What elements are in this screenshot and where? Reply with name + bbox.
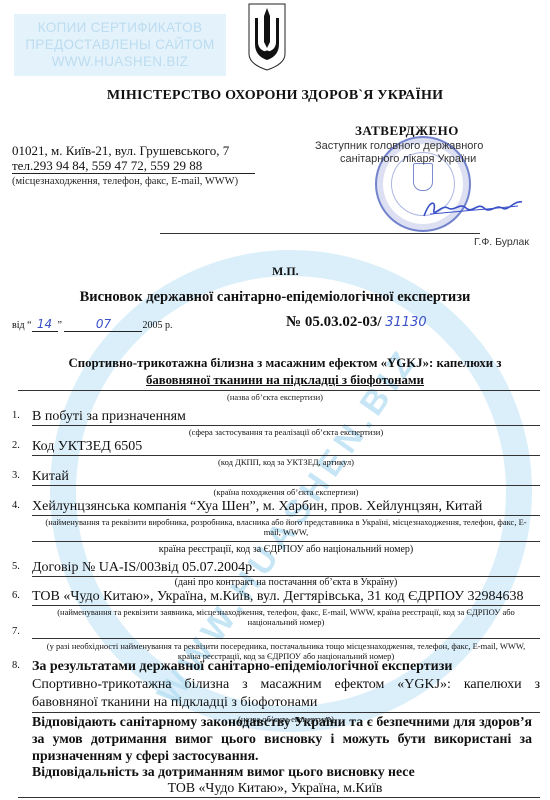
- item-number: 6.: [12, 590, 20, 601]
- item-value: Договір № UA-IS/003від 05.07.2004р.: [32, 559, 540, 577]
- object-title: Спортивно-трикотажна білизна з масажним …: [40, 355, 530, 389]
- phone-line: тел.293 94 84, 559 47 72, 559 29 88: [12, 158, 255, 174]
- object-title-rule: [18, 390, 540, 391]
- item-hint: (дані про контракт на постачання об’єкта…: [32, 578, 540, 588]
- item-number: 8.: [12, 660, 20, 671]
- item-number: 2.: [12, 440, 20, 451]
- item-value: Код УКТЗЕД 6505: [32, 438, 540, 456]
- item-number: 7.: [12, 626, 20, 637]
- signature-icon: [420, 196, 525, 222]
- position-line-1: Заступник головного державного: [315, 140, 550, 153]
- date-month: 07: [64, 317, 142, 332]
- object-title-line-1: Спортивно-трикотажна білизна з масажним …: [40, 355, 530, 372]
- item-value: ТОВ «Чудо Китаю», Україна, м.Київ, вул. …: [32, 588, 540, 606]
- item-3: 3. Китай (країна походження об’єкта експ…: [12, 468, 540, 496]
- stamp-emblem-icon: [413, 163, 433, 191]
- item-value: [32, 626, 540, 639]
- item-6: 6. ТОВ «Чудо Китаю», Україна, м.Київ, ву…: [12, 588, 540, 628]
- watermark-line-2: ПРЕДОСТАВЛЕНЫ САЙТОМ: [14, 36, 226, 53]
- item-2: 2. Код УКТЗЕД 6505 (код ДКПП, код за УКТ…: [12, 438, 540, 466]
- conclusion-date: від “14” 072005 р.: [12, 317, 172, 332]
- number-prefix: № 05.03.02-03/: [286, 314, 382, 330]
- seal-place-label: М.П.: [272, 264, 299, 279]
- address-hint: (місцезнаходження, телефон, факс, E-mail…: [12, 174, 255, 189]
- number-handwritten: 31130: [385, 315, 426, 330]
- position-line-2: санітарного лікаря України: [315, 153, 550, 166]
- watermark-line-3: WWW.HUASHEN.BIZ: [14, 53, 226, 70]
- responsible-organization: ТОВ «Чудо Китаю», Україна, м.Київ: [0, 780, 550, 796]
- item-hint-2: країна реєстрації, код за ЄДРПОУ або нац…: [32, 545, 540, 555]
- item-4-extra-rule: [32, 541, 540, 542]
- item-value: Хейлунцзянська компанія “Хуа Шен”, м. Ха…: [32, 498, 540, 516]
- object-title-line-2: бавовняної тканини на підкладці з біофот…: [40, 372, 530, 389]
- item-hint: (код ДКПП, код за УКТЗЕД, артикул): [32, 457, 540, 467]
- item-hint: (найменування та реквізити заявника, міс…: [32, 607, 540, 627]
- item-4: 4. Хейлунцзянська компанія “Хуа Шен”, м.…: [12, 498, 540, 556]
- final-rule: [18, 797, 540, 798]
- item-1: 1. В побуті за призначенням (сфера засто…: [12, 408, 540, 436]
- date-prefix: від “: [12, 320, 32, 331]
- verdict-text: Відповідають санітарному законодавству У…: [32, 713, 532, 764]
- signature-line: [160, 233, 480, 234]
- item-value: В побуті за призначенням: [32, 408, 540, 426]
- item-number: 5.: [12, 561, 20, 572]
- date-mid: ”: [58, 320, 62, 331]
- conclusion-title: Висновок державної санітарно-епідеміолог…: [0, 289, 550, 306]
- item-5: 5. Договір № UA-IS/003від 05.07.2004р. (…: [12, 559, 540, 587]
- date-day: 14: [32, 317, 58, 332]
- ministry-name: МІНІСТЕРСТВО ОХОРОНИ ЗДОРОВ`Я УКРАЇНИ: [0, 88, 550, 104]
- responsibility-text: Відповідальність за дотриманням вимог ць…: [32, 764, 415, 780]
- item-value: Китай: [32, 468, 540, 486]
- result-heading: За результатами державної санітарно-епід…: [32, 658, 540, 676]
- watermark-line-1: КОПИИ СЕРТИФИКАТОВ: [14, 19, 226, 36]
- signer-name: Г.Ф. Бурлак: [474, 236, 529, 248]
- conclusion-number: № 05.03.02-03/ 31130: [286, 314, 427, 331]
- address-line: 01021, м. Київ-21, вул. Грушевського, 7: [12, 143, 255, 158]
- ministry-address: 01021, м. Київ-21, вул. Грушевського, 7 …: [12, 143, 255, 189]
- watermark-banner: КОПИИ СЕРТИФИКАТОВ ПРЕДОСТАВЛЕНЫ САЙТОМ …: [14, 14, 226, 76]
- item-hint: (сфера застосування та реалізації об’єкт…: [32, 427, 540, 437]
- object-title-hint: (назва об’єкта експертизи): [0, 392, 550, 402]
- item-number: 3.: [12, 470, 20, 481]
- item-hint: (найменування та реквізити виробника, ро…: [32, 517, 540, 537]
- date-year: 2005 р.: [142, 320, 172, 331]
- result-object: Спортивно-трикотажна білизна з масажним …: [32, 676, 540, 712]
- item-7: 7. (у разі необхідності найменування та …: [12, 626, 540, 658]
- item-number: 1.: [12, 410, 20, 421]
- trident-icon: [247, 2, 287, 72]
- item-hint: (країна походження об’єкта експертизи): [32, 487, 540, 497]
- approver-position: Заступник головного державного санітарно…: [315, 140, 550, 166]
- approved-label: ЗАТВЕРДЖЕНО: [355, 123, 459, 139]
- item-number: 4.: [12, 500, 20, 511]
